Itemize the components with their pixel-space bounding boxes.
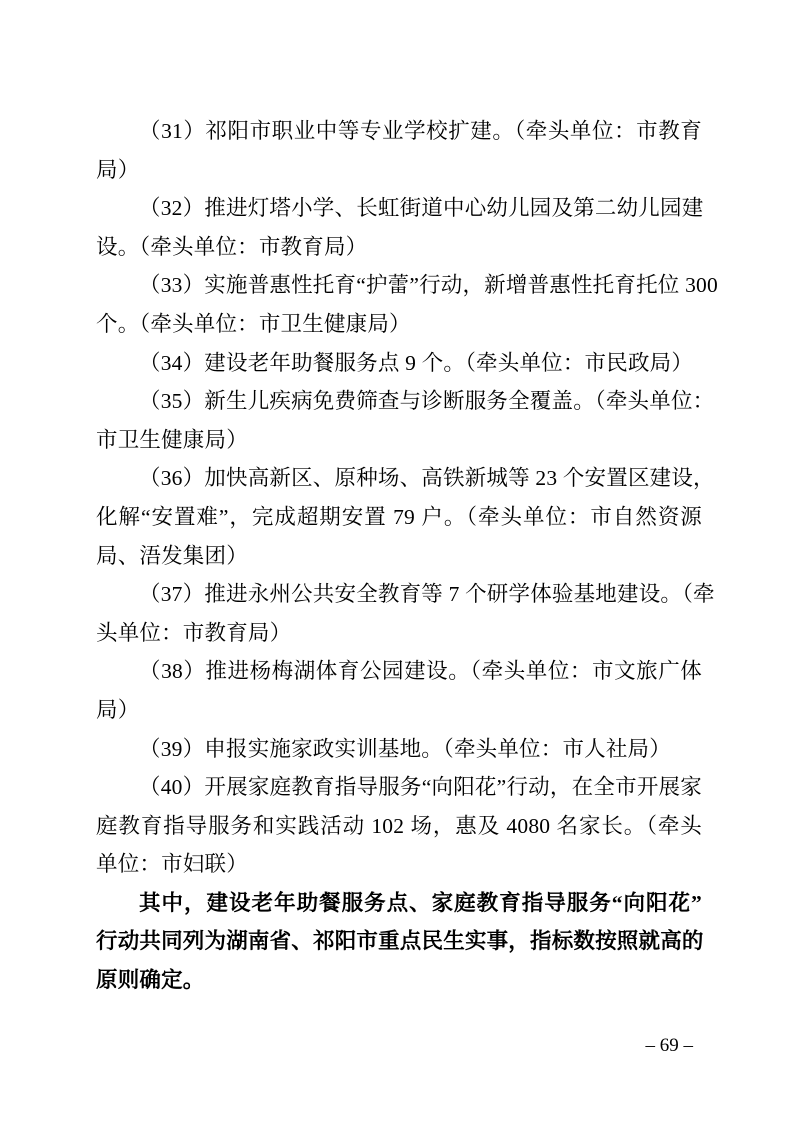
text-line: （36）加快高新区、原种场、高铁新城等 23 个安置区建设， [96,459,702,498]
text-line: （40）开展家庭教育指导服务“向阳花”行动，在全市开展家 [96,768,702,807]
text-line: 个。（牵头单位：市卫生健康局） [96,305,702,344]
text-line: （32）推进灯塔小学、长虹街道中心幼儿园及第二幼儿园建 [96,189,702,228]
text-line: （31）祁阳市职业中等专业学校扩建。（牵头单位：市教育 [96,112,702,151]
text-line: 头单位：市教育局） [96,614,702,653]
text-line: 其中，建设老年助餐服务点、家庭教育指导服务“向阳花” [96,884,702,923]
text-line: 单位：市妇联） [96,845,702,884]
text-line: 原则确定。 [96,961,702,1000]
text-line: 庭教育指导服务和实践活动 102 场，惠及 4080 名家长。（牵头 [96,807,702,846]
text-line: 局） [96,151,702,190]
page-footer: – 69 – [646,1034,694,1058]
document-body: （31）祁阳市职业中等专业学校扩建。（牵头单位：市教育局）（32）推进灯塔小学、… [96,112,702,1000]
text-line: 行动共同列为湖南省、祁阳市重点民生实事，指标数按照就高的 [96,922,702,961]
text-line: （34）建设老年助餐服务点 9 个。（牵头单位：市民政局） [96,344,702,383]
page-number: – 69 – [646,1035,694,1056]
text-line: （35）新生儿疾病免费筛查与诊断服务全覆盖。（牵头单位： [96,382,702,421]
text-line: 局） [96,691,702,730]
text-line: （39）申报实施家政实训基地。（牵头单位：市人社局） [96,730,702,769]
text-line: 局、浯发集团） [96,537,702,576]
text-line: （37）推进永州公共安全教育等 7 个研学体验基地建设。（牵 [96,575,702,614]
text-line: 设。（牵头单位：市教育局） [96,228,702,267]
document-page: （31）祁阳市职业中等专业学校扩建。（牵头单位：市教育局）（32）推进灯塔小学、… [0,0,793,1122]
text-line: 市卫生健康局） [96,421,702,460]
text-line: （38）推进杨梅湖体育公园建设。（牵头单位：市文旅广体 [96,652,702,691]
text-line: （33）实施普惠性托育“护蕾”行动，新增普惠性托育托位 300 [96,266,702,305]
text-line: 化解“安置难”，完成超期安置 79 户。（牵头单位：市自然资源 [96,498,702,537]
